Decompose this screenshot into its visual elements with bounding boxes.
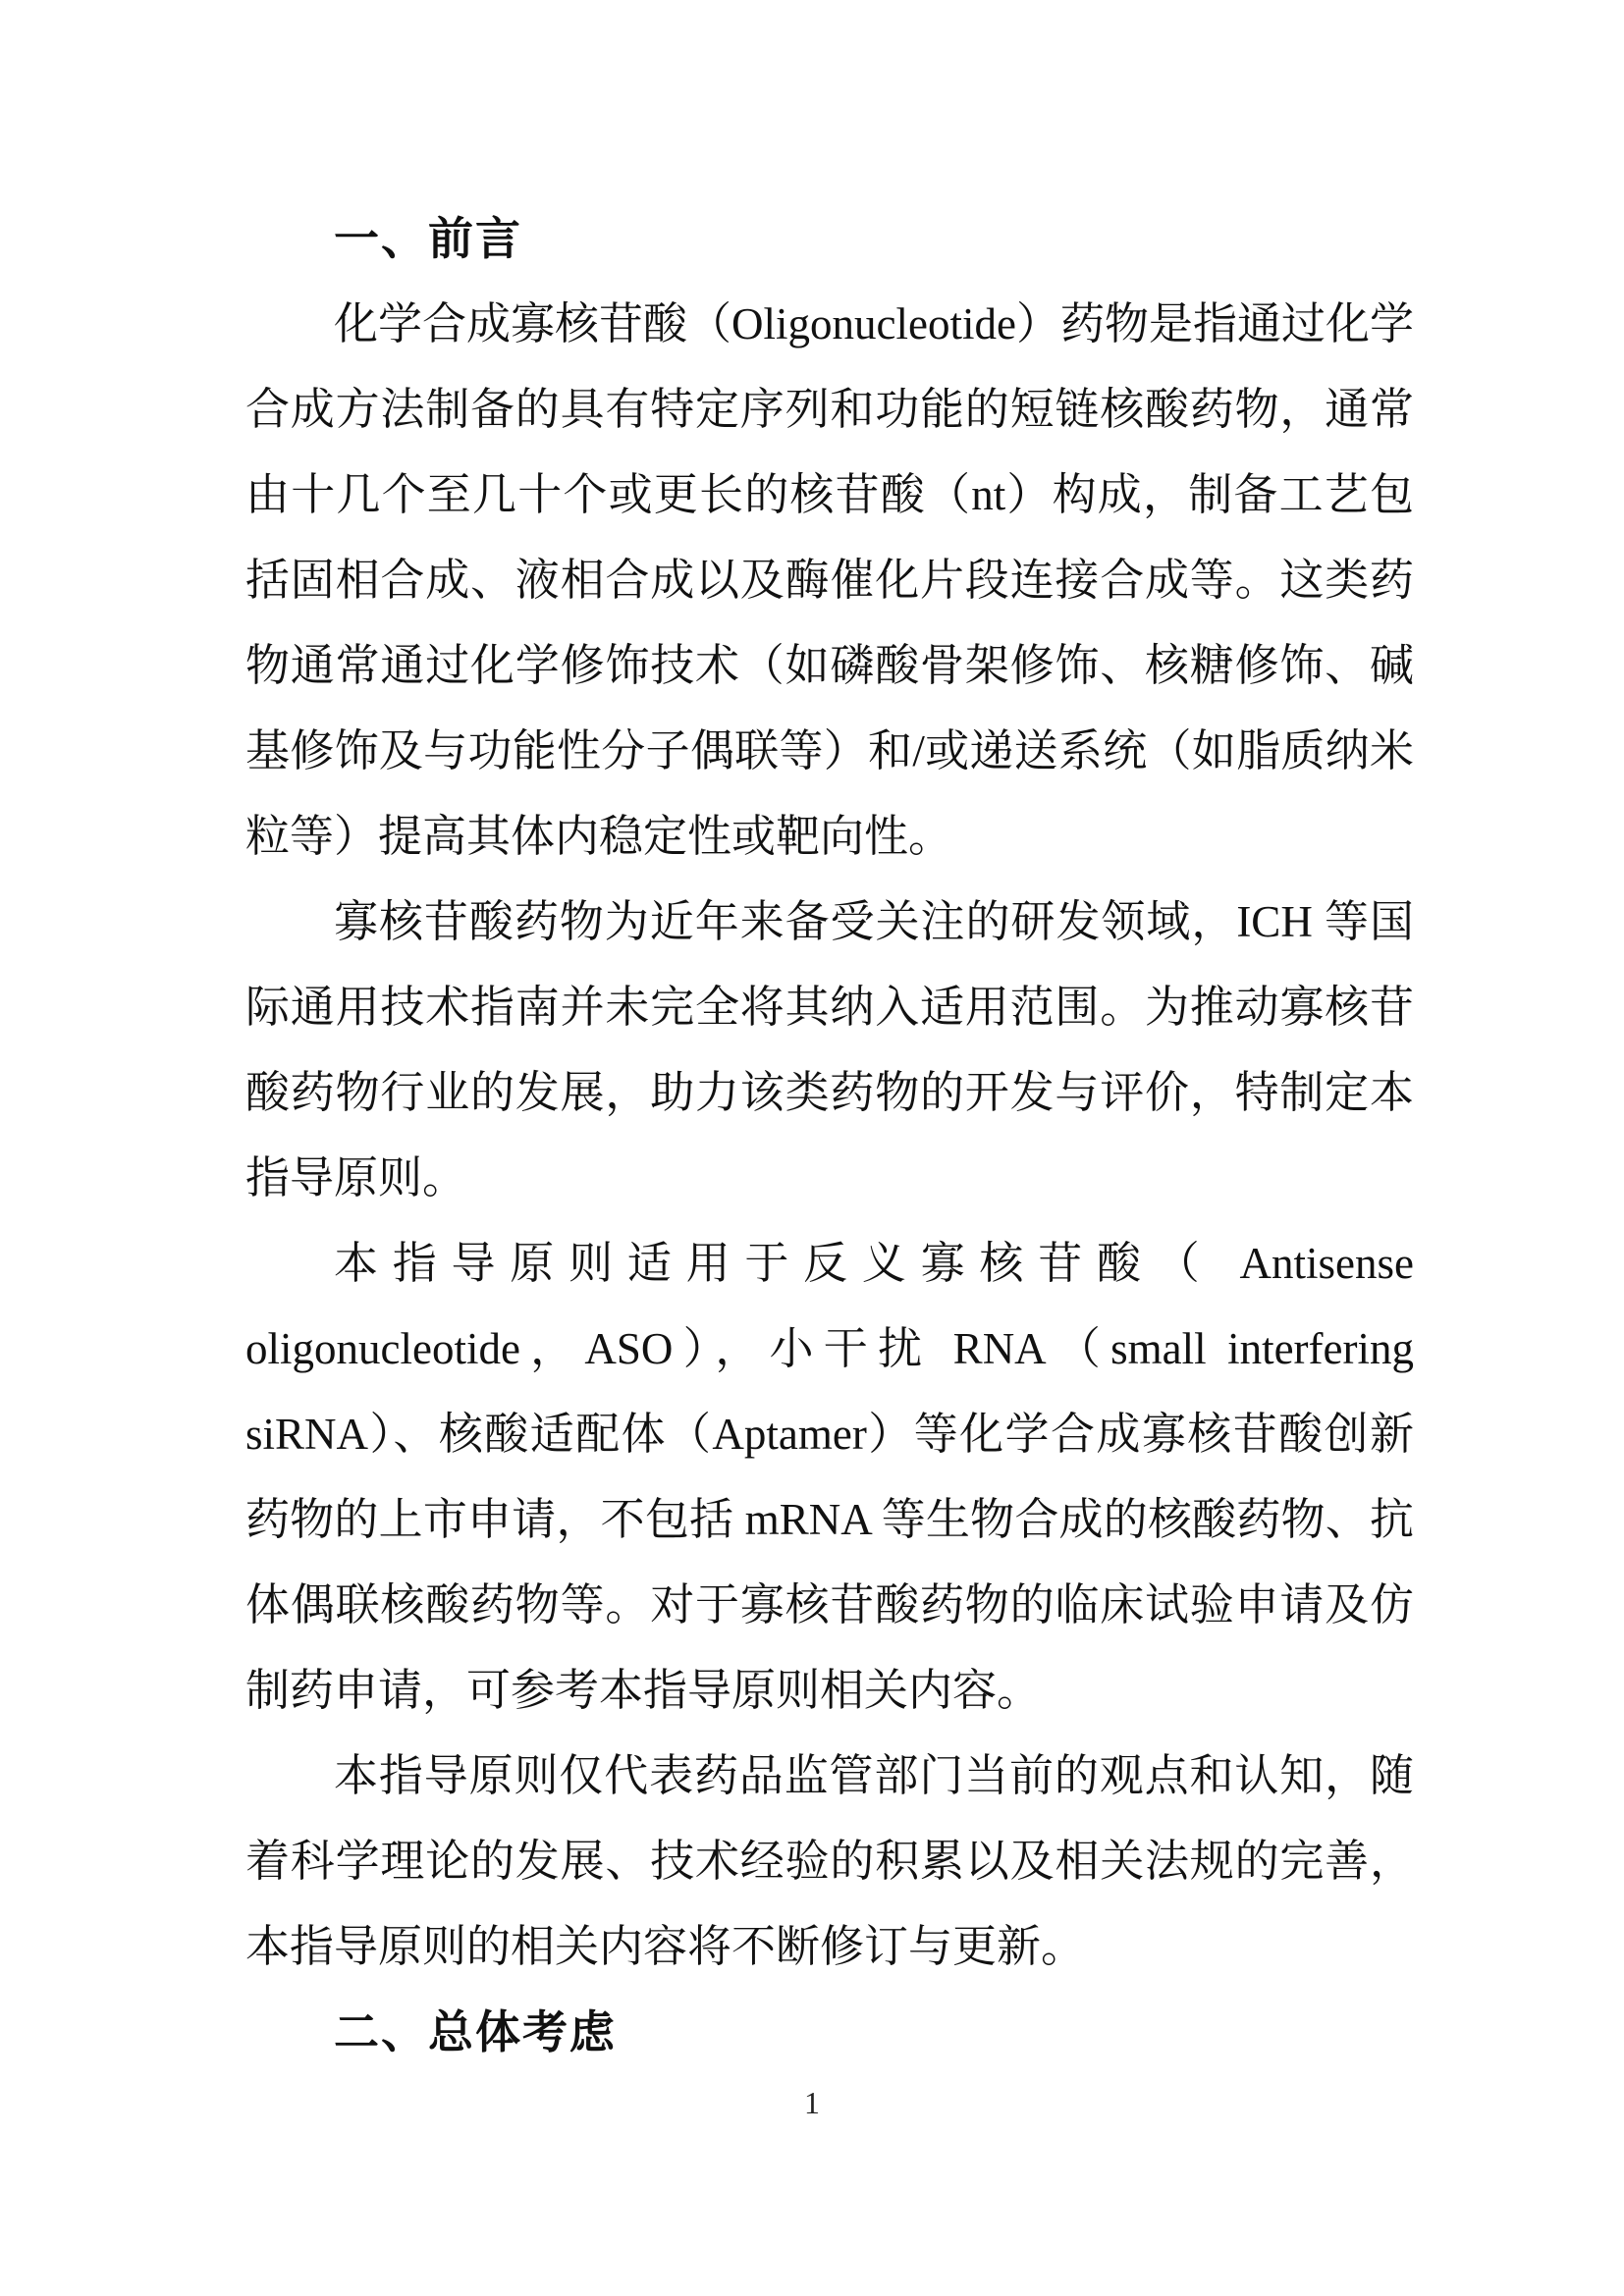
paragraph-1: 化学合成寡核苷酸（Oligonucleotide）药物是指通过化学 合成方法制备… xyxy=(245,282,1414,880)
text-line: 粒等）提高其体内稳定性或靶向性。 xyxy=(245,794,1414,880)
text-line: siRNA）、核酸适配体（Aptamer）等化学合成寡核苷酸创新 xyxy=(245,1392,1414,1477)
text-line: 基修饰及与功能性分子偶联等）和/或递送系统（如脂质纳米 xyxy=(245,709,1414,794)
section-heading-foreword: 一、前言 xyxy=(245,196,1414,282)
text-line: 物通常通过化学修饰技术（如磷酸骨架修饰、核糖修饰、碱 xyxy=(245,623,1414,709)
paragraph-3: 本指导原则适用于反义寡核苷酸（ Antisense oligonucleotid… xyxy=(245,1221,1414,1734)
text-line: 药物的上市申请，不包括 mRNA 等生物合成的核酸药物、抗 xyxy=(245,1477,1414,1563)
text-line: 际通用技术指南并未完全将其纳入适用范围。为推动寡核苷 xyxy=(245,965,1414,1050)
text-line: 酸药物行业的发展，助力该类药物的开发与评价，特制定本 xyxy=(245,1050,1414,1136)
text-line: 着科学理论的发展、技术经验的积累以及相关法规的完善， xyxy=(245,1819,1414,1904)
section-heading-general-considerations: 二、总体考虑 xyxy=(245,1990,1414,2075)
text-line: 本指导原则适用于反义寡核苷酸（ Antisense xyxy=(245,1221,1414,1307)
text-line: 指导原则。 xyxy=(245,1136,1414,1221)
text-line: 括固相合成、液相合成以及酶催化片段连接合成等。这类药 xyxy=(245,538,1414,623)
text-line: 由十几个至几十个或更长的核苷酸（nt）构成，制备工艺包 xyxy=(245,453,1414,538)
text-line: 寡核苷酸药物为近年来备受关注的研发领域，ICH 等国 xyxy=(245,880,1414,965)
document-body: 一、前言 化学合成寡核苷酸（Oligonucleotide）药物是指通过化学 合… xyxy=(245,196,1414,2075)
page-number: 1 xyxy=(0,2083,1624,2122)
text-line: 化学合成寡核苷酸（Oligonucleotide）药物是指通过化学 xyxy=(245,282,1414,367)
text-line: 合成方法制备的具有特定序列和功能的短链核酸药物，通常 xyxy=(245,367,1414,453)
text-line: oligonucleotide，ASO），小干扰 RNA（small inter… xyxy=(245,1307,1414,1392)
text-line: 本指导原则的相关内容将不断修订与更新。 xyxy=(245,1904,1414,1990)
paragraph-2: 寡核苷酸药物为近年来备受关注的研发领域，ICH 等国 际通用技术指南并未完全将其… xyxy=(245,880,1414,1221)
text-line: 本指导原则仅代表药品监管部门当前的观点和认知，随 xyxy=(245,1734,1414,1819)
text-line: 体偶联核酸药物等。对于寡核苷酸药物的临床试验申请及仿 xyxy=(245,1563,1414,1648)
document-page: 一、前言 化学合成寡核苷酸（Oligonucleotide）药物是指通过化学 合… xyxy=(0,0,1624,2296)
text-line: 制药申请，可参考本指导原则相关内容。 xyxy=(245,1648,1414,1734)
paragraph-4: 本指导原则仅代表药品监管部门当前的观点和认知，随 着科学理论的发展、技术经验的积… xyxy=(245,1734,1414,1990)
